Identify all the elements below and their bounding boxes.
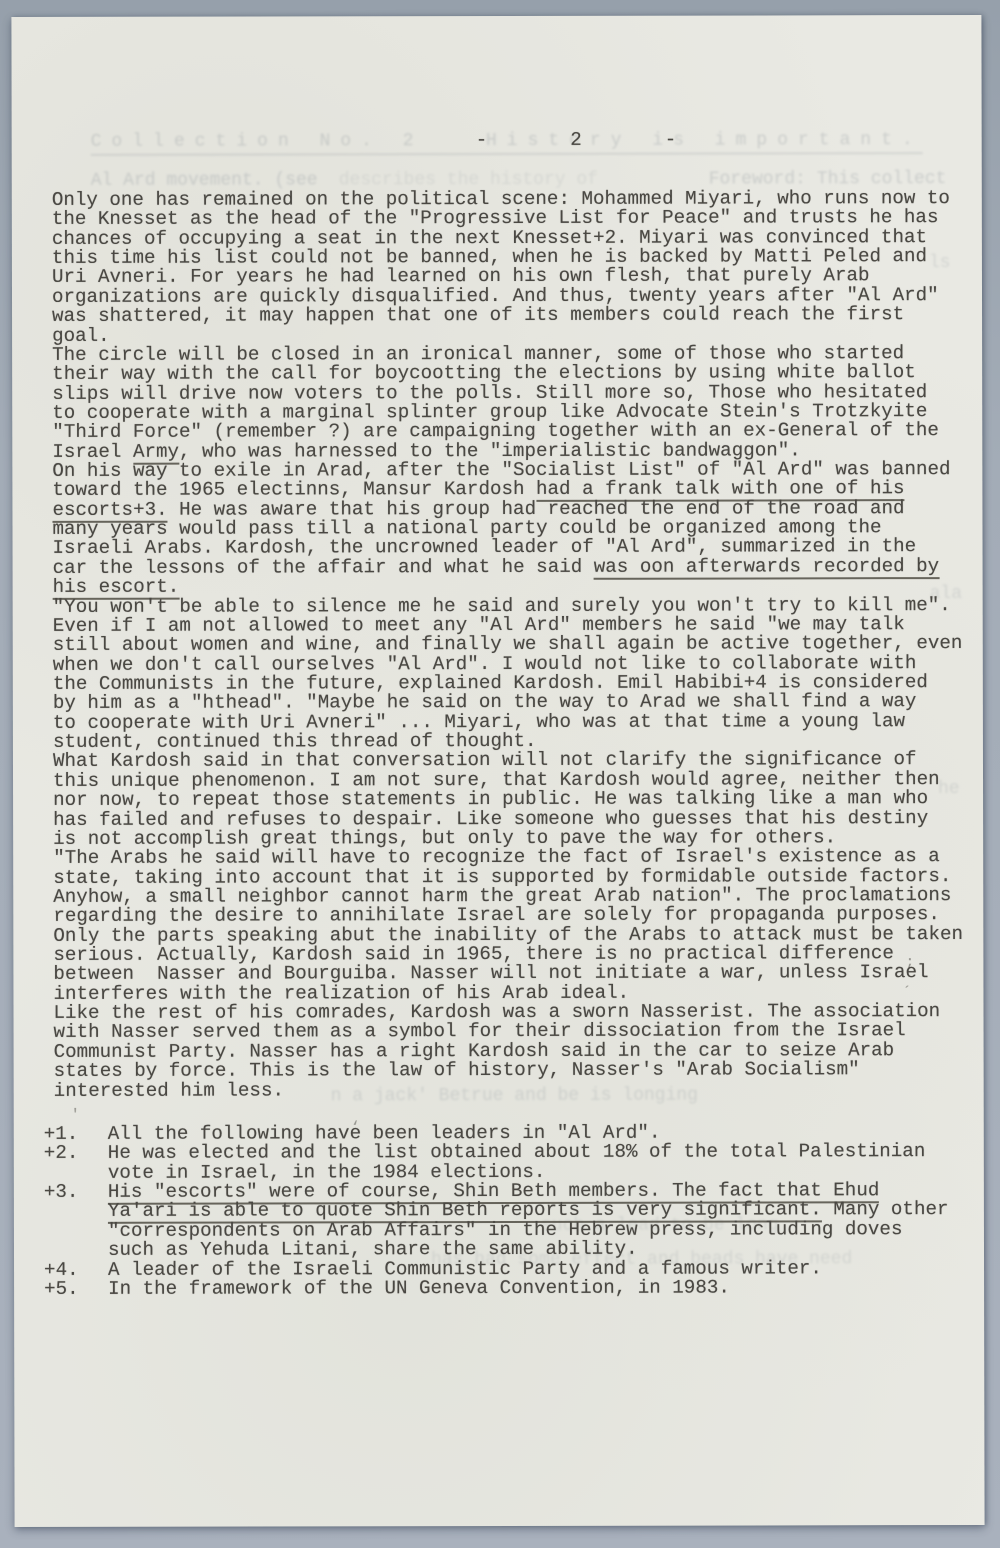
text-line: car the lessons of the affair and what h… <box>53 557 983 578</box>
ink-speck: ' <box>71 1107 80 1124</box>
paragraph: "The Arabs he said will have to recogniz… <box>53 847 983 1004</box>
ink-speck: ‘ <box>351 1119 360 1136</box>
body-text: Only one has remained on the political s… <box>52 189 984 1101</box>
ink-speck: ; <box>905 954 914 971</box>
paragraph: Only one has remained on the political s… <box>52 189 982 346</box>
footnotes: +1.All the following have been leaders i… <box>44 1123 984 1299</box>
paragraph: On his way to exile in Arad, after the "… <box>52 460 982 597</box>
text-line: was shattered, it may happen that one of… <box>52 305 982 326</box>
underlined-text: was oon afterwards recorded by <box>594 555 939 580</box>
ink-speck: ´ <box>902 984 911 1001</box>
document-page: Collection No. 2 History is important.Al… <box>11 15 984 1527</box>
paragraph: "You won't be able to silence me he said… <box>53 596 983 753</box>
footnote-lines: In the framework of the UN Geneva Conven… <box>108 1278 984 1299</box>
scanned-document: { "page": { "number_label": "- 2 -" }, "… <box>0 0 1000 1548</box>
footnote-lines: He was elected and the list obtained abo… <box>108 1142 984 1183</box>
paragraph: What Kardosh said in that conversation w… <box>53 750 983 849</box>
paragraph: The circle will be closed in an ironical… <box>52 344 982 462</box>
footnote-marker: +3. <box>44 1183 108 1261</box>
footnote-item: +5.In the framework of the UN Geneva Con… <box>44 1278 984 1299</box>
footnote-lines: His "escorts" were of course, Shin Beth … <box>108 1181 984 1260</box>
text-line: In the framework of the UN Geneva Conven… <box>108 1278 984 1299</box>
paragraph: Like the rest of his comrades, Kardosh w… <box>53 1002 983 1101</box>
footnote-marker: +2. <box>44 1144 108 1183</box>
text-line: interested him less. <box>54 1080 984 1101</box>
footnote-item: +2.He was elected and the list obtained … <box>44 1142 984 1183</box>
text-run: was shattered, it may happen that one of… <box>52 303 904 327</box>
footnote-item: +3.His "escorts" were of course, Shin Be… <box>44 1181 984 1260</box>
text-run: In the framework of the UN Geneva Conven… <box>108 1276 730 1299</box>
page-number: - 2 - <box>476 131 697 151</box>
text-run: interested him less. <box>54 1079 284 1101</box>
footnote-marker: +5. <box>44 1280 108 1300</box>
